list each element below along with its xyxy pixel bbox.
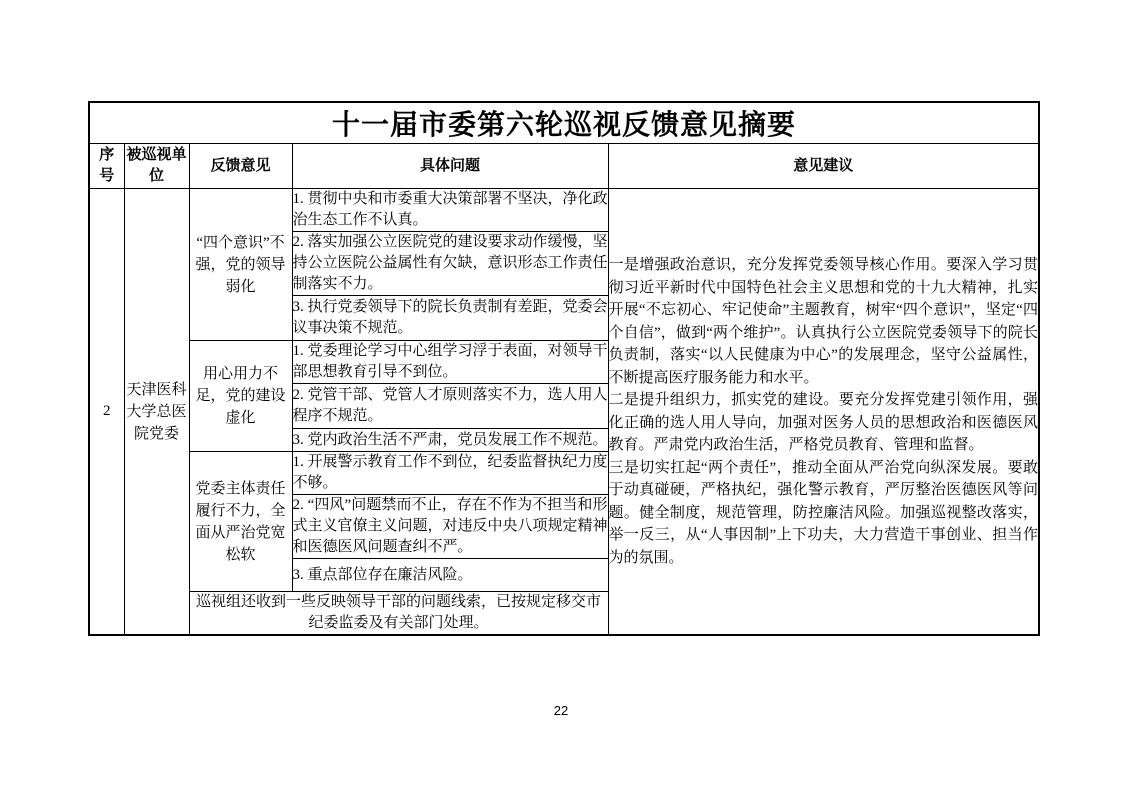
cell-feedback-group-3: 党委主体责任履行不力，全面从严治党宽松软: [189, 452, 292, 592]
document-page: 十一届市委第六轮巡视反馈意见摘要 序号 被巡视单位 反馈意见 具体问题 意见建议…: [0, 0, 1122, 793]
inspection-feedback-table: 十一届市委第六轮巡视反馈意见摘要 序号 被巡视单位 反馈意见 具体问题 意见建议…: [88, 101, 1040, 636]
header-unit: 被巡视单位: [124, 144, 189, 189]
table-row: 2 天津医科大学总医院党委 “四个意识”不强，党的领导弱化 1. 贯彻中央和市委…: [89, 189, 1039, 232]
suggestion-paragraph-3: 三是切实扛起“两个责任”，推动全面从严治党向纵深发展。要敢于动真碰硬，严格执纪，…: [609, 457, 1039, 570]
cell-problem-1-2: 2. 落实加强公立医院党的建设要求动作缓慢，坚持公立医院公益属性有欠缺，意识形态…: [292, 232, 608, 296]
header-suggestions: 意见建议: [608, 144, 1039, 189]
header-row: 序号 被巡视单位 反馈意见 具体问题 意见建议: [89, 144, 1039, 189]
cell-problem-3-1: 1. 开展警示教育工作不到位，纪委监督执纪力度不够。: [292, 452, 608, 495]
cell-problem-3-2: 2. “四风”问题禁而不止，存在不作为不担当和形式主义官僚主义问题，对违反中央八…: [292, 495, 608, 559]
table-title: 十一届市委第六轮巡视反馈意见摘要: [89, 102, 1039, 144]
cell-suggestions: 一是增强政治意识，充分发挥党委领导核心作用。要深入学习贯彻习近平新时代中国特色社…: [608, 189, 1039, 636]
header-serial: 序号: [89, 144, 124, 189]
cell-feedback-group-2: 用心用力不足，党的建设虚化: [189, 341, 292, 452]
page-number: 22: [0, 703, 1122, 718]
cell-feedback-group-1: “四个意识”不强，党的领导弱化: [189, 189, 292, 341]
cell-serial: 2: [89, 189, 124, 636]
cell-problem-2-2: 2. 党管干部、党管人才原则落实不力，选人用人程序不规范。: [292, 384, 608, 429]
header-problems: 具体问题: [292, 144, 608, 189]
cell-problem-1-3: 3. 执行党委领导下的院长负责制有差距，党委会议事决策不规范。: [292, 296, 608, 341]
cell-inspected-unit: 天津医科大学总医院党委: [124, 189, 189, 636]
cell-problem-3-3: 3. 重点部位存在廉洁风险。: [292, 559, 608, 592]
header-feedback: 反馈意见: [189, 144, 292, 189]
suggestion-paragraph-2: 二是提升组织力，抓实党的建设。要充分发挥党建引领作用，强化正确的选人用人导向，加…: [609, 389, 1039, 457]
cell-problem-2-1: 1. 党委理论学习中心组学习浮于表面，对领导干部思想教育引导不到位。: [292, 341, 608, 384]
cell-footer-note: 巡视组还收到一些反映领导干部的问题线索，已按规定移交市纪委监委及有关部门处理。: [189, 592, 608, 636]
cell-problem-1-1: 1. 贯彻中央和市委重大决策部署不坚决，净化政治生态工作不认真。: [292, 189, 608, 232]
suggestion-paragraph-1: 一是增强政治意识，充分发挥党委领导核心作用。要深入学习贯彻习近平新时代中国特色社…: [609, 254, 1039, 389]
title-row: 十一届市委第六轮巡视反馈意见摘要: [89, 102, 1039, 144]
cell-problem-2-3: 3. 党内政治生活不严肃，党员发展工作不规范。: [292, 429, 608, 452]
